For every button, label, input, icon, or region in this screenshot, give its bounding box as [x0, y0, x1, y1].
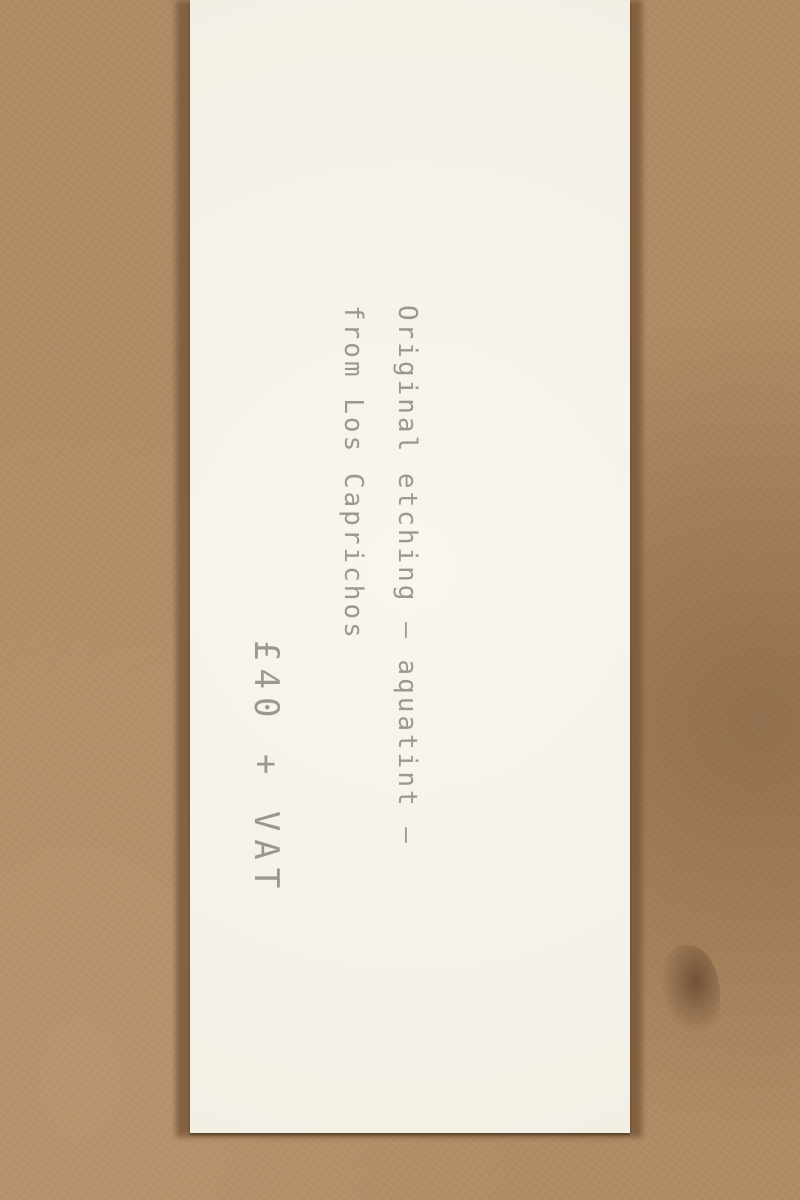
- label-line-2: from Los Caprichos: [338, 305, 368, 641]
- board-tear-mark: [660, 945, 720, 1035]
- label-line-1: Original etching – aquatint –: [392, 305, 422, 846]
- price-label: £40 + VAT: [246, 640, 286, 896]
